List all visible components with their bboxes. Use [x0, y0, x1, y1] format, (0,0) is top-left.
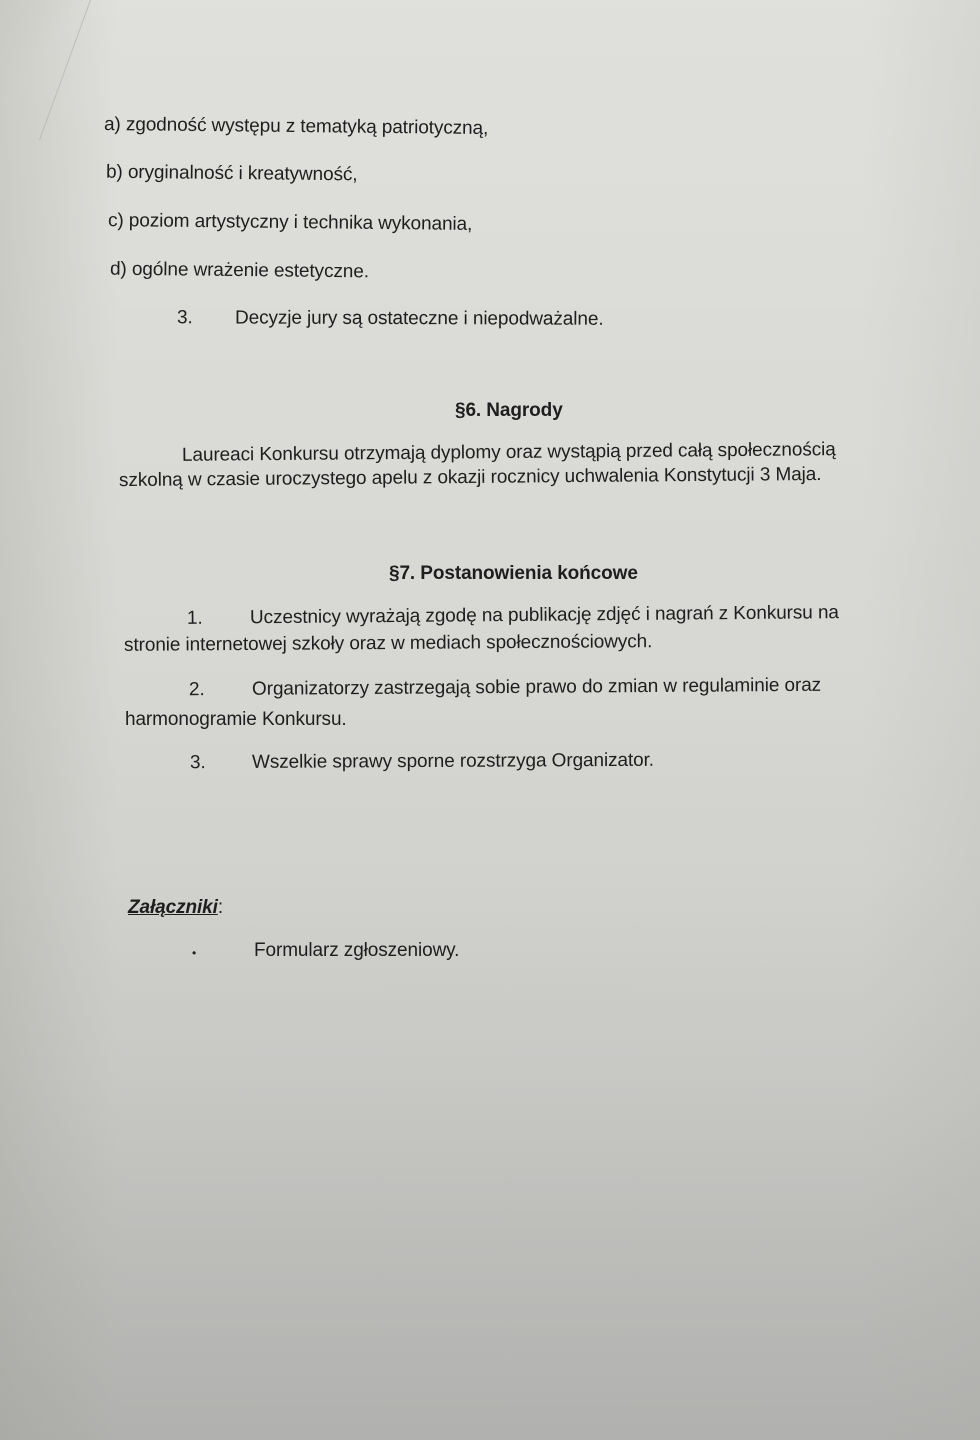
section-6-paragraph-line-2: szkolną w czasie uroczystego apelu z oka… [119, 464, 822, 492]
criteria-item-a: a) zgodność występu z tematyką patriotyc… [104, 114, 488, 140]
attachments-colon: : [218, 897, 223, 918]
point-text: Wszelkie sprawy sporne rozstrzyga Organi… [252, 750, 654, 773]
section-7-title: §7. Postanowienia końcowe [389, 563, 638, 585]
attachments-title: Załączniki [128, 897, 218, 918]
document-page: a) zgodność występu z tematyką patriotyc… [0, 0, 980, 1440]
paper-fold-shadow [0, 0, 91, 140]
section-7-point-1-line-2: stronie internetowej szkoły oraz w media… [124, 631, 652, 657]
section-6-title: §6. Nagrody [455, 400, 563, 422]
point-text: Uczestnicy wyrażają zgodę na publikację … [250, 602, 839, 628]
section-7-point-2-line-1: 2.Organizatorzy zastrzegają sobie prawo … [189, 675, 821, 701]
section-7-point-2-line-2: harmonogramie Konkursu. [125, 709, 347, 731]
section-6-paragraph-line-1: Laureaci Konkursu otrzymają dyplomy oraz… [182, 439, 836, 467]
attachments-heading: Załączniki: [128, 897, 223, 919]
point-number: 3. [190, 752, 252, 774]
point-text: Decyzje jury są ostateczne i niepodważal… [235, 307, 604, 329]
point-number: 1. [187, 607, 250, 630]
point-number: 3. [177, 307, 235, 329]
bullet-icon: • [192, 946, 196, 960]
criteria-item-d: d) ogólne wrażenie estetyczne. [110, 259, 369, 284]
criteria-item-c: c) poziom artystyczny i technika wykonan… [108, 210, 472, 236]
section-7-point-3: 3.Wszelkie sprawy sporne rozstrzyga Orga… [190, 750, 654, 774]
point-number: 2. [189, 679, 252, 701]
jury-decision-point: 3.Decyzje jury są ostateczne i niepodważ… [177, 307, 604, 330]
criteria-item-b: b) oryginalność i kreatywność, [106, 162, 358, 187]
attachment-item: Formularz zgłoszeniowy. [254, 940, 459, 962]
section-7-point-1-line-1: 1.Uczestnicy wyrażają zgodę na publikacj… [187, 602, 839, 630]
point-text: Organizatorzy zastrzegają sobie prawo do… [252, 675, 821, 700]
